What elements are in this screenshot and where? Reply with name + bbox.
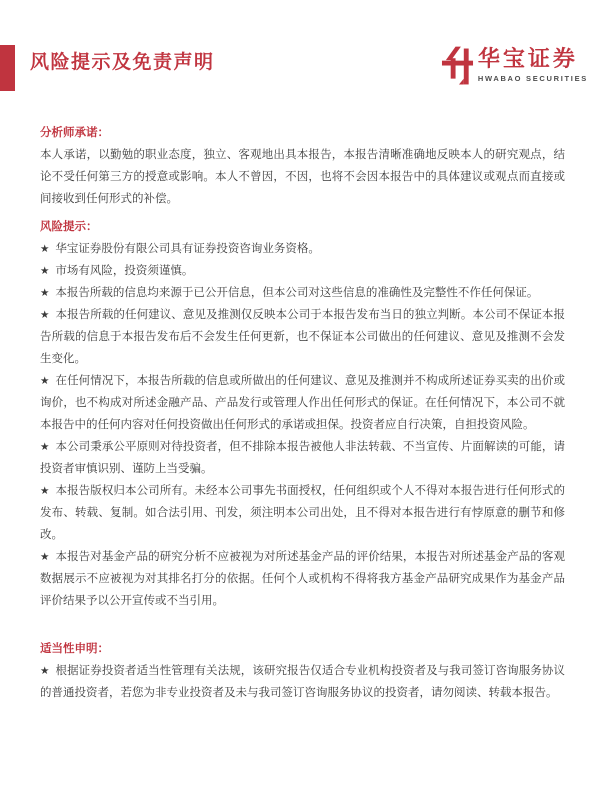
- company-logo: 华宝证券 HWABAO SECURITIES: [441, 45, 588, 87]
- risk-bullet-8-text: 本报告对基金产品的研究分析不应被视为对所述基金产品的评价结果，本报告对所述基金产…: [40, 551, 565, 607]
- logo-company-name-cn: 华宝证券: [478, 47, 578, 71]
- risk-warning-heading: 风险提示：: [40, 216, 565, 238]
- logo-text-stack: 华宝证券 HWABAO SECURITIES: [478, 45, 588, 83]
- page-header: 风险提示及免责声明 华宝证券 HWABAO SECURITIES: [0, 0, 600, 116]
- star-bullet-icon: ★: [40, 665, 50, 677]
- star-bullet-icon: ★: [40, 375, 50, 387]
- page-title: 风险提示及免责声明: [30, 51, 215, 75]
- risk-bullet-2-text: 市场有风险，投资须谨慎。: [55, 265, 193, 277]
- analyst-commitment-paragraph: 本人承诺，以勤勉的职业态度，独立、客观地出具本报告，本报告清晰准确地反映本人的研…: [40, 144, 565, 210]
- header-accent-bar: [0, 45, 15, 91]
- risk-bullet-8: ★本报告对基金产品的研究分析不应被视为对所述基金产品的评价结果，本报告对所述基金…: [40, 546, 565, 612]
- risk-bullet-6: ★本公司秉承公平原则对待投资者，但不排除本报告被他人非法转载、不当宣传、片面解读…: [40, 436, 565, 480]
- risk-bullet-1: ★华宝证券股份有限公司具有证券投资咨询业务资格。: [40, 238, 565, 260]
- risk-bullet-4-text: 本报告所载的任何建议、意见及推测仅反映本公司于本报告发布当日的独立判断。本公司不…: [40, 309, 565, 365]
- logo-company-name-en: HWABAO SECURITIES: [478, 74, 588, 83]
- risk-bullet-2: ★市场有风险，投资须谨慎。: [40, 260, 565, 282]
- star-bullet-icon: ★: [40, 551, 50, 563]
- star-bullet-icon: ★: [40, 441, 50, 453]
- risk-bullet-6-text: 本公司秉承公平原则对待投资者，但不排除本报告被他人非法转载、不当宣传、片面解读的…: [40, 441, 565, 475]
- star-bullet-icon: ★: [40, 309, 50, 321]
- risk-bullet-3-text: 本报告所载的信息均来源于已公开信息，但本公司对这些信息的准确性及完整性不作任何保…: [55, 287, 538, 299]
- risk-bullet-7-text: 本报告版权归本公司所有。未经本公司事先书面授权，任何组织或个人不得对本报告进行任…: [40, 485, 565, 541]
- suitability-bullet-1-text: 根据证券投资者适当性管理有关法规，该研究报告仅适合专业机构投资者及与我司签订咨询…: [40, 665, 565, 699]
- risk-bullet-3: ★本报告所载的信息均来源于已公开信息，但本公司对这些信息的准确性及完整性不作任何…: [40, 282, 565, 304]
- star-bullet-icon: ★: [40, 265, 49, 277]
- hwabao-logo-icon: [441, 45, 474, 87]
- risk-bullet-7: ★本报告版权归本公司所有。未经本公司事先书面授权，任何组织或个人不得对本报告进行…: [40, 480, 565, 546]
- risk-bullet-5: ★在任何情况下，本报告所载的信息或所做出的任何建议、意见及推测并不构成所述证券买…: [40, 370, 565, 436]
- risk-bullet-1-text: 华宝证券股份有限公司具有证券投资咨询业务资格。: [55, 243, 320, 255]
- risk-bullet-4: ★本报告所载的任何建议、意见及推测仅反映本公司于本报告发布当日的独立判断。本公司…: [40, 304, 565, 370]
- risk-bullet-5-text: 在任何情况下，本报告所载的信息或所做出的任何建议、意见及推测并不构成所述证券买卖…: [40, 375, 565, 431]
- disclaimer-page: 风险提示及免责声明 华宝证券 HWABAO SECURITIES 分析师承诺： …: [0, 0, 600, 804]
- disclaimer-content: 分析师承诺： 本人承诺，以勤勉的职业态度，独立、客观地出具本报告，本报告清晰准确…: [0, 122, 600, 704]
- star-bullet-icon: ★: [40, 287, 49, 299]
- suitability-statement-heading: 适当性申明：: [40, 638, 565, 660]
- star-bullet-icon: ★: [40, 243, 49, 255]
- star-bullet-icon: ★: [40, 485, 50, 497]
- analyst-commitment-heading: 分析师承诺：: [40, 122, 565, 144]
- suitability-bullet-1: ★根据证券投资者适当性管理有关法规，该研究报告仅适合专业机构投资者及与我司签订咨…: [40, 660, 565, 704]
